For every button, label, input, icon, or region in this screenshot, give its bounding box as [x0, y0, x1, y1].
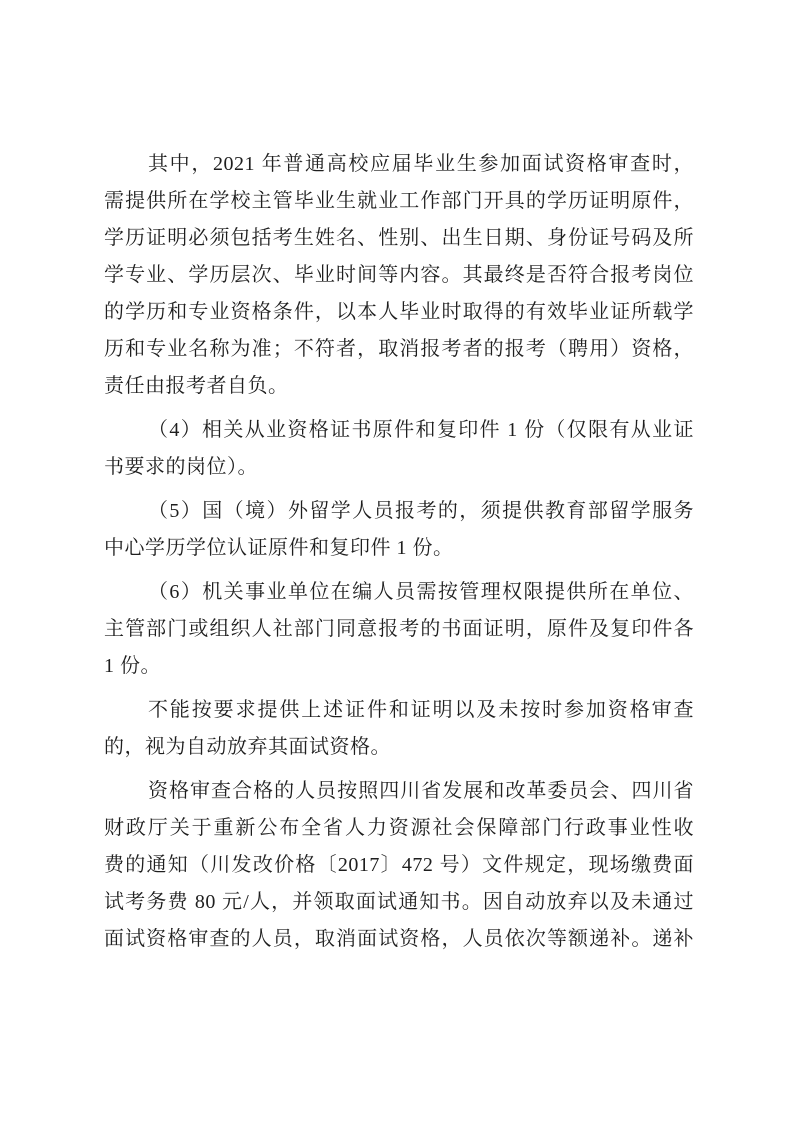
text-line: 责任由报考者自负。 — [104, 368, 694, 405]
text-line: （4）相关从业资格证书原件和复印件 1 份（仅限有从业证 — [104, 412, 694, 449]
text-line: 试考务费 80 元/人，并领取面试通知书。因自动放弃以及未通过 — [104, 884, 694, 921]
para-item-6-incumbent-staff-approval: （6）机关事业单位在编人员需按管理权限提供所在单位、主管部门或组织人社部门同意报… — [104, 574, 694, 685]
text-line: （5）国（境）外留学人员报考的，须提供教育部留学服务 — [104, 493, 694, 530]
text-line: 历和专业名称为准；不符者，取消报考者的报考（聘用）资格， — [104, 331, 694, 368]
text-line: 不能按要求提供上述证件和证明以及未按时参加资格审查 — [104, 692, 694, 729]
text-line: 面试资格审查的人员，取消面试资格，人员依次等额递补。递补 — [104, 921, 694, 958]
document-body: 其中，2021 年普通高校应届毕业生参加面试资格审查时，需提供所在学校主管毕业生… — [104, 146, 694, 958]
text-line: 学历证明必须包括考生姓名、性别、出生日期、身份证号码及所 — [104, 220, 694, 257]
text-line: 资格审查合格的人员按照四川省发展和改革委员会、四川省 — [104, 773, 694, 810]
text-line: 的，视为自动放弃其面试资格。 — [104, 729, 694, 766]
text-line: 的学历和专业资格条件，以本人毕业时取得的有效毕业证所载学 — [104, 294, 694, 331]
text-line: 中心学历学位认证原件和复印件 1 份。 — [104, 530, 694, 567]
text-line: 书要求的岗位）。 — [104, 449, 694, 486]
text-line: 学专业、学历层次、毕业时间等内容。其最终是否符合报考岗位 — [104, 257, 694, 294]
text-line: 财政厅关于重新公布全省人力资源社会保障部门行政事业性收 — [104, 810, 694, 847]
para-item-5-overseas-students: （5）国（境）外留学人员报考的，须提供教育部留学服务中心学历学位认证原件和复印件… — [104, 493, 694, 567]
text-line: （6）机关事业单位在编人员需按管理权限提供所在单位、 — [104, 574, 694, 611]
para-graduate-credential-review: 其中，2021 年普通高校应届毕业生参加面试资格审查时，需提供所在学校主管毕业生… — [104, 146, 694, 405]
para-fee-payment-and-replacement: 资格审查合格的人员按照四川省发展和改革委员会、四川省财政厅关于重新公布全省人力资… — [104, 773, 694, 958]
text-line: 1 份。 — [104, 648, 694, 685]
text-line: 主管部门或组织人社部门同意报考的书面证明，原件及复印件各 — [104, 611, 694, 648]
text-line: 需提供所在学校主管毕业生就业工作部门开具的学历证明原件， — [104, 183, 694, 220]
para-item-4-vocational-certificates: （4）相关从业资格证书原件和复印件 1 份（仅限有从业证书要求的岗位）。 — [104, 412, 694, 486]
text-line: 其中，2021 年普通高校应届毕业生参加面试资格审查时， — [104, 146, 694, 183]
text-line: 费的通知（川发改价格〔2017〕472 号）文件规定，现场缴费面 — [104, 847, 694, 884]
document-page: 其中，2021 年普通高校应届毕业生参加面试资格审查时，需提供所在学校主管毕业生… — [0, 0, 793, 1122]
para-forfeit-notice: 不能按要求提供上述证件和证明以及未按时参加资格审查的，视为自动放弃其面试资格。 — [104, 692, 694, 766]
